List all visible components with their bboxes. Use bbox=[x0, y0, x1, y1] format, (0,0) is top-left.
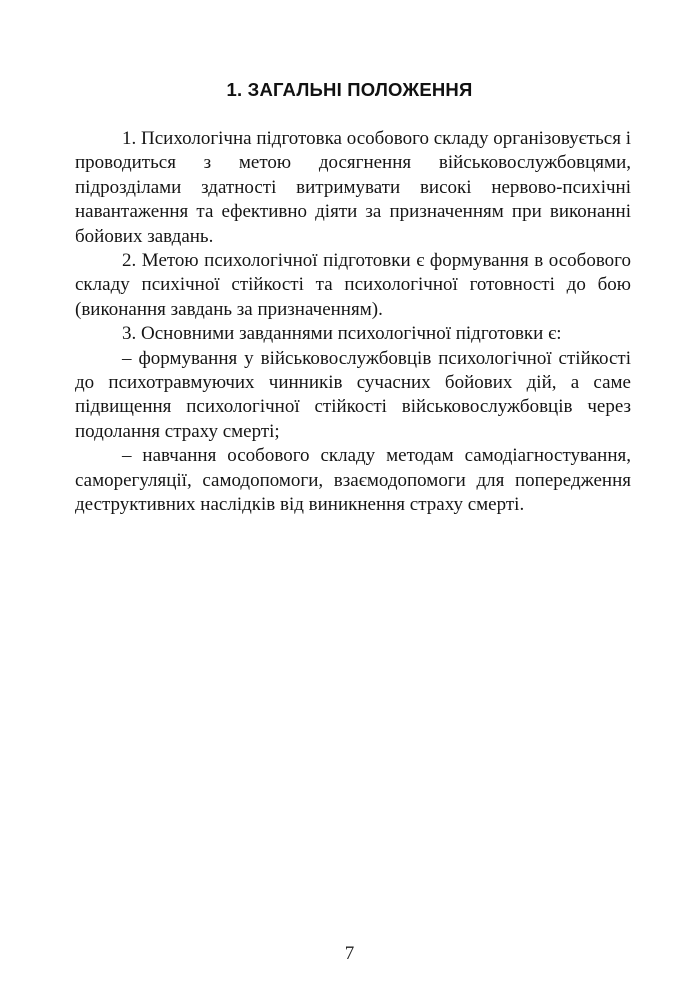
body-text: 1. Психологічна підготовка особового скл… bbox=[75, 127, 631, 518]
paragraph-3: 3. Основними завданнями психологічної пі… bbox=[75, 322, 631, 346]
list-item-2: – навчання особового складу методам само… bbox=[75, 444, 631, 517]
paragraph-2: 2. Метою психологічної підготовки є форм… bbox=[75, 249, 631, 322]
section-heading: 1. ЗАГАЛЬНІ ПОЛОЖЕННЯ bbox=[0, 79, 699, 101]
paragraph-1: 1. Психологічна підготовка особового скл… bbox=[75, 127, 631, 249]
document-page: 1. ЗАГАЛЬНІ ПОЛОЖЕННЯ 1. Психологічна пі… bbox=[0, 0, 699, 1000]
page-number: 7 bbox=[0, 943, 699, 965]
list-item-1: – формування у військовослужбовців психо… bbox=[75, 347, 631, 445]
